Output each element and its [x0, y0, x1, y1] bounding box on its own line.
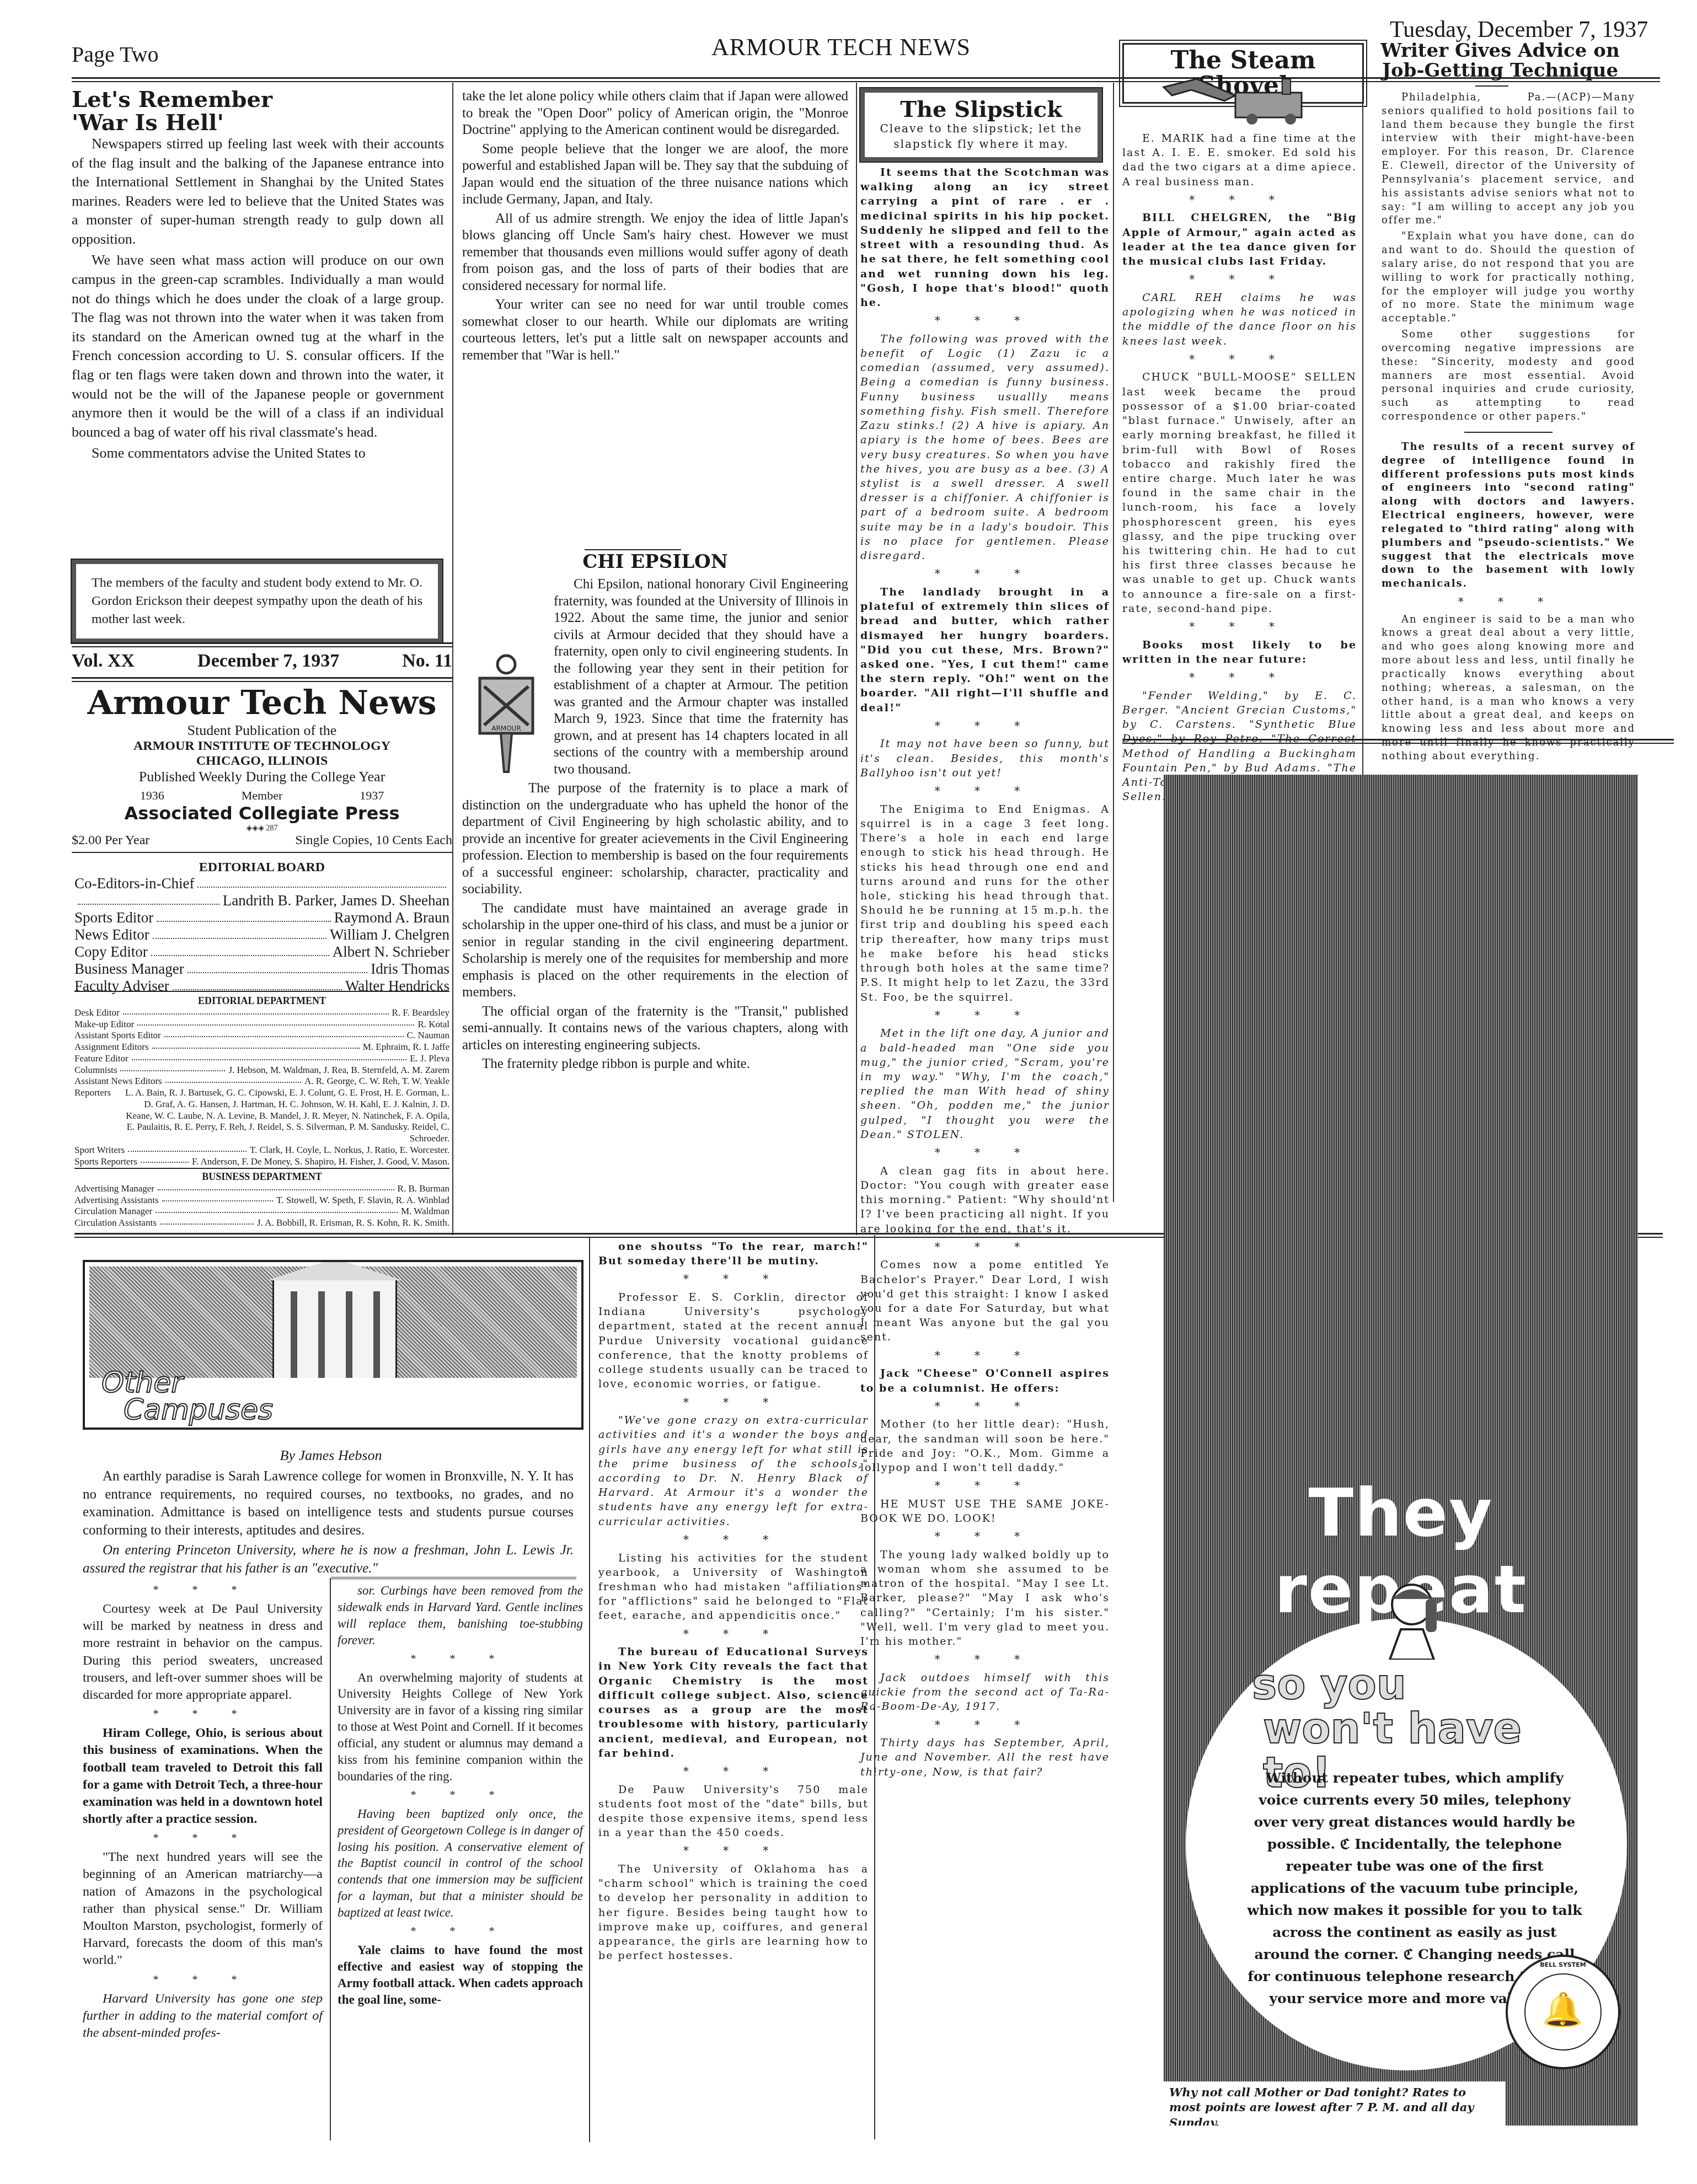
section-separator: * * *: [860, 313, 1110, 329]
section-separator: * * *: [1122, 670, 1357, 685]
staff-name: R. F. Beardsley: [392, 1007, 449, 1019]
other-campuses-col2: sor. Curbings have been removed from the…: [338, 1582, 583, 2010]
nameplate-rule: [72, 852, 452, 853]
staff-role: Sports Reporters: [74, 1156, 137, 1168]
other-campuses-byline: By James Hebson: [83, 1447, 579, 1464]
staff-role: Circulation Assistants: [74, 1217, 157, 1229]
column-item: Comes now a pome entitled Ye Bachelor's …: [860, 1258, 1110, 1344]
leader-dots: [128, 1145, 247, 1152]
leader-dots: [156, 1206, 398, 1213]
column-item: Listing his activities for the student y…: [598, 1551, 869, 1623]
nameplate: Armour Tech News Student Publication of …: [72, 684, 452, 848]
staff-row: Sport WritersT. Clark, H. Coyle, L. Nork…: [74, 1145, 449, 1156]
chi-epsilon-key-image: ARMOUR: [468, 653, 545, 775]
steam-shovel-icon: [1158, 71, 1318, 126]
staff-row: Assistant Sports EditorC. Nauman: [74, 1030, 449, 1042]
issue-date: Tuesday, December 7, 1937: [1390, 17, 1648, 43]
column-item: CHUCK "BULL-MOOSE" SELLEN last week beca…: [1122, 370, 1357, 616]
staff-name: J. Hebson, M. Waldman, J. Rea, B. Sternf…: [228, 1065, 449, 1076]
other-campuses-col1: * * * Courtesy week at De Paul Universit…: [83, 1580, 323, 2044]
leader-dots: [197, 875, 446, 888]
section-separator: * * *: [860, 1145, 1110, 1161]
staff-role: Circulation Manager: [74, 1206, 152, 1217]
editorial-continued: take the let alone policy while others c…: [462, 88, 848, 366]
staff-name: C. Nauman: [407, 1030, 449, 1042]
job-advice-headline: Writer Gives Advice on Job-Getting Techn…: [1373, 41, 1627, 81]
staff-name: L. A. Bain, R. J. Bartusek, G. C. Cipows…: [117, 1087, 449, 1145]
nameplate-title: Armour Tech News: [72, 684, 452, 722]
column-item: Jack "Cheese" O'Connell aspires to be a …: [860, 1366, 1110, 1395]
other-campuses-title: Other Campuses: [101, 1370, 273, 1424]
campus-building-icon: [272, 1279, 397, 1387]
man-on-phone-icon: [1368, 1577, 1456, 1660]
staff-row: Circulation ManagerM. Waldman: [74, 1206, 449, 1217]
leader-dots: [141, 1156, 189, 1163]
column-item: The following was proved with the benefi…: [860, 332, 1110, 564]
section-separator: * * *: [598, 1532, 869, 1548]
staff-role: Feature Editor: [74, 1053, 129, 1065]
staff-name: Landrith B. Parker, James D. Sheehan: [223, 892, 449, 909]
editorial-board-heading: EDITORIAL BOARD: [74, 860, 449, 875]
volume-date: December 7, 1937: [197, 651, 339, 672]
staff-name: T. Clark, H. Coyle, L. Norkus, J. Ratio,…: [250, 1145, 449, 1156]
column-item: De Pauw University's 750 male students f…: [598, 1783, 869, 1840]
staff-role: Desk Editor: [74, 1007, 120, 1019]
section-separator: * * *: [860, 1399, 1110, 1414]
section-separator: * * *: [860, 718, 1110, 734]
staff-row: Copy EditorAlbert N. Schrieber: [74, 943, 449, 960]
staff-role: Advertising Manager: [74, 1183, 154, 1195]
column-item: Mother (to her little dear): "Hush, dear…: [860, 1417, 1110, 1475]
section-separator: * * *: [1122, 192, 1357, 208]
leader-dots: [188, 960, 368, 973]
fraternity-key-icon: ARMOUR: [468, 653, 545, 775]
staff-role: Copy Editor: [74, 943, 148, 960]
staff-role: Columnists: [74, 1065, 117, 1076]
leader-dots: [153, 926, 326, 939]
column-divider: [856, 83, 857, 1235]
staff-name: Albert N. Schrieber: [333, 943, 449, 960]
column-item: Hiram College, Ohio, is serious about th…: [83, 1725, 323, 1828]
column-item: An overwhelming majority of students at …: [338, 1670, 583, 1785]
staff-row: Faculty AdviserWalter Hendricks: [74, 978, 449, 995]
column-item: The landlady brought in a plateful of ex…: [860, 585, 1110, 715]
section-separator: * * *: [338, 1652, 583, 1666]
staff-row: Assignment EditorsM. Ephraim, R. I. Jaff…: [74, 1042, 449, 1053]
column-item: E. MARIK had a fine time at the last A. …: [1122, 131, 1357, 189]
staff-name: Idris Thomas: [371, 960, 449, 978]
staff-name: Walter Hendricks: [345, 978, 449, 995]
column-divider: [874, 1235, 875, 2139]
column-item: Yale claims to have found the most effec…: [338, 1942, 583, 2008]
staff-row: Sports ReportersF. Anderson, F. De Money…: [74, 1156, 449, 1168]
staff-name: William J. Chelgren: [330, 926, 449, 943]
section-separator: * * *: [598, 1395, 869, 1410]
chi-epsilon-headline: CHI EPSILON: [462, 552, 848, 572]
job-advice-rule: [1464, 432, 1553, 433]
other-campuses-rule: [331, 1577, 576, 1579]
staff-role: Advertising Assistants: [74, 1195, 159, 1206]
column-item: Thirty days has September, April, June a…: [860, 1736, 1110, 1779]
column-item: CARL REH claims he was apologizing when …: [1122, 291, 1357, 348]
staff-row: Circulation AssistantsJ. A. Bobbill, R. …: [74, 1217, 449, 1229]
editorial-headline: Let's Remember 'War Is Hell': [72, 88, 444, 135]
staff-name: Raymond A. Braun: [334, 909, 449, 926]
column-item: Harvard University has gone one step fur…: [83, 1990, 323, 2042]
column-divider: [330, 1578, 331, 2140]
page-number-label: Page Two: [72, 41, 159, 67]
section-separator: * * *: [598, 1843, 869, 1859]
leader-dots: [78, 892, 220, 905]
column-item: Professor E. S. Corklin, director of Ind…: [598, 1290, 869, 1392]
column-divider: [589, 1238, 590, 2142]
acp-logo-text: Associated Collegiate Press: [72, 803, 452, 824]
staff-row: Landrith B. Parker, James D. Sheehan: [74, 892, 449, 909]
section-separator: * * *: [1122, 272, 1357, 287]
staff-row: Sports EditorRaymond A. Braun: [74, 909, 449, 926]
staff-name: R. B. Burman: [398, 1183, 449, 1195]
staff-role: Business Manager: [74, 960, 184, 978]
staff-name: T. Stowell, W. Speth, F. Slavin, R. A. W…: [276, 1195, 449, 1206]
staff-row: Make-up EditorR. Kotal: [74, 1019, 449, 1031]
staff-role: Reporters: [74, 1087, 111, 1145]
staff-name: R. Kotal: [417, 1019, 449, 1031]
staff-role: Sport Writers: [74, 1145, 125, 1156]
staff-role: Assistant News Editors: [74, 1076, 162, 1087]
column-divider: [1113, 83, 1114, 1202]
other-campuses-col3: one shoutss "To the rear, march!" But so…: [598, 1239, 869, 1966]
slipstick-column: It seems that the Scotchman was walking …: [860, 165, 1110, 1781]
section-separator: * * *: [598, 1764, 869, 1779]
section-separator: * * *: [860, 1718, 1110, 1733]
leader-dots: [160, 1217, 254, 1225]
section-separator: * * *: [860, 566, 1110, 582]
staff-role: Sports Editor: [74, 909, 153, 926]
acp-emblem: ◈◈◈ 287: [72, 824, 452, 833]
column-item: "The next hundred years will see the beg…: [83, 1849, 323, 1969]
column-item: HE MUST USE THE SAME JOKE-BOOK WE DO. LO…: [860, 1497, 1110, 1526]
column-item: sor. Curbings have been removed from the…: [338, 1582, 583, 1649]
section-separator: * * *: [1122, 619, 1357, 635]
section-separator: * * *: [598, 1271, 869, 1287]
section-separator: * * *: [860, 1008, 1110, 1023]
staff-role: Assignment Editors: [74, 1042, 149, 1053]
staff-name: F. Anderson, F. De Money, S. Shapiro, H.…: [192, 1156, 449, 1168]
steam-shovel-illustration: [1158, 71, 1318, 126]
leader-dots: [162, 1195, 274, 1202]
staff-row: Business ManagerIdris Thomas: [74, 960, 449, 978]
chi-epsilon-headline-rule: [585, 549, 681, 550]
staff-row: ReportersL. A. Bain, R. J. Bartusek, G. …: [74, 1087, 449, 1145]
column-item: The bureau of Educational Surveys in New…: [598, 1645, 869, 1761]
issue-number: No. 11: [402, 651, 452, 672]
subscription-prices: $2.00 Per Year Single Copies, 10 Cents E…: [72, 833, 452, 848]
staff-name: A. R. George, C. W. Reh, T. W. Yeakle: [304, 1076, 449, 1087]
section-separator: * * *: [83, 1973, 323, 1987]
slipstick-header-box: The Slipstick Cleave to the slipstick; l…: [860, 88, 1102, 162]
volume-number: Vol. XX: [72, 651, 135, 672]
volume-rule-bottom: [72, 677, 452, 682]
editorial-board: EDITORIAL BOARD Co-Editors-in-ChiefLandr…: [74, 860, 449, 995]
leader-dots: [173, 978, 342, 990]
slipstick-title: The Slipstick: [874, 98, 1089, 121]
leader-dots: [157, 909, 330, 922]
leader-dots: [158, 1183, 394, 1190]
editorial-paragraph: Some commentators advise the United Stat…: [72, 444, 444, 463]
leader-dots: [120, 1065, 225, 1072]
staff-row: Desk EditorR. F. Beardsley: [74, 1007, 449, 1019]
section-separator: * * *: [83, 1707, 323, 1721]
column-item: "We've gone crazy on extra-curricular ac…: [598, 1413, 869, 1529]
section-separator: * * *: [338, 1788, 583, 1802]
job-advice-headline-rule: [1475, 85, 1508, 87]
acp-member-line: 1936 Member 1937: [72, 788, 452, 803]
staff-role: Make-up Editor: [74, 1019, 134, 1031]
column-divider: [452, 83, 453, 1235]
ad-footer: Why not call Mother or Dad tonight? Rate…: [1164, 2081, 1506, 2126]
staff-row: Advertising ManagerR. B. Burman: [74, 1183, 449, 1195]
section-separator: * * *: [1122, 352, 1357, 367]
column-item: BILL CHELGREN, the "Big Apple of Armour,…: [1122, 211, 1357, 269]
leader-dots: [164, 1030, 404, 1037]
staff-row: Assistant News EditorsA. R. George, C. W…: [74, 1076, 449, 1087]
column-item: Jack outdoes himself with this quickie f…: [860, 1671, 1110, 1714]
sympathy-notice: The members of the faculty and student b…: [92, 576, 422, 626]
section-separator: * * *: [860, 1478, 1110, 1494]
volume-bar: Vol. XX December 7, 1937 No. 11: [72, 651, 452, 672]
sympathy-notice-box: The members of the faculty and student b…: [72, 560, 442, 643]
steam-shovel-column: E. MARIK had a fine time at the last A. …: [1122, 131, 1357, 807]
section-separator: * * *: [860, 784, 1110, 799]
staff-name: J. A. Bobbill, R. Erisman, R. S. Kohn, R…: [257, 1217, 449, 1229]
business-department: BUSINESS DEPARTMENT Advertising ManagerR…: [74, 1171, 449, 1229]
staff-name: E. J. Pleva: [410, 1053, 449, 1065]
dept-rule: [74, 1168, 449, 1169]
editorial-paragraph: Newspapers stirred up feeling last week …: [72, 135, 444, 249]
staff-role: Faculty Adviser: [74, 978, 169, 995]
section-separator: * * *: [860, 1529, 1110, 1544]
column-item: Met in the lift one day, A junior and a …: [860, 1026, 1110, 1142]
column-item: It seems that the Scotchman was walking …: [860, 165, 1110, 310]
svg-text:ARMOUR: ARMOUR: [491, 725, 521, 732]
column-item: Books most likely to be written in the n…: [1122, 638, 1357, 667]
editorial-paragraph: We have seen what mass action will produ…: [72, 251, 444, 442]
column-item: The Enigima to End Enigmas. A squirrel i…: [860, 802, 1110, 1005]
staff-role: Co-Editors-in-Chief: [74, 875, 194, 892]
staff-name: M. Ephraim, R. I. Jaffe: [363, 1042, 449, 1053]
section-separator: * * *: [338, 1924, 583, 1939]
section-separator: * * *: [860, 1348, 1110, 1364]
staff-row: Co-Editors-in-Chief: [74, 875, 449, 892]
leader-dots: [165, 1076, 301, 1083]
leader-dots: [132, 1053, 407, 1060]
staff-role: News Editor: [74, 926, 149, 943]
column-item: Having been baptized only once, the pres…: [338, 1806, 583, 1921]
column-item: The University of Oklahoma has a "charm …: [598, 1862, 869, 1963]
leader-dots: [123, 1007, 389, 1015]
paper-title: ARMOUR TECH NEWS: [711, 33, 971, 61]
staff-row: ColumnistsJ. Hebson, M. Waldman, J. Rea,…: [74, 1065, 449, 1076]
business-department-heading: BUSINESS DEPARTMENT: [74, 1171, 449, 1183]
staff-name: M. Waldman: [401, 1206, 449, 1217]
leader-dots: [137, 1019, 414, 1026]
editorial-article: Let's Remember 'War Is Hell' Newspapers …: [72, 88, 444, 465]
column-item: Courtesy week at De Paul University will…: [83, 1601, 323, 1704]
survey-paragraph: The results of a recent survey of degree…: [1382, 441, 1635, 591]
section-separator: * * *: [860, 1652, 1110, 1667]
other-campuses-banner: Other Campuses: [83, 1260, 583, 1430]
staff-role: Assistant Sports Editor: [74, 1030, 161, 1042]
chi-epsilon-article: ARMOUR Chi Epsilon, national honorary Ci…: [462, 576, 848, 1075]
column-item: A clean gag fits in about here. Doctor: …: [860, 1164, 1110, 1236]
board-rule: [74, 991, 449, 992]
other-campuses-lead: An earthly paradise is Sarah Lawrence co…: [83, 1468, 574, 1580]
bell-icon: 🔔: [1508, 1990, 1618, 2029]
engineer-definition-paragraph: An engineer is said to be a man who know…: [1382, 613, 1635, 764]
section-separator: * * *: [860, 1239, 1110, 1255]
column-item: one shoutss "To the rear, march!" But so…: [598, 1239, 869, 1268]
editorial-department-heading: EDITORIAL DEPARTMENT: [74, 995, 449, 1007]
volume-rule-top: [72, 642, 452, 647]
column-divider: [1362, 83, 1363, 816]
section-separator: * * *: [598, 1627, 869, 1642]
editorial-department: EDITORIAL DEPARTMENT Desk EditorR. F. Be…: [74, 995, 449, 1167]
section-separator: * * *: [83, 1831, 323, 1845]
column-item: The young lady walked boldly up to a wom…: [860, 1548, 1110, 1649]
slipstick-motto: Cleave to the slipstick; let the slapsti…: [874, 121, 1089, 152]
job-advice-article: Philadelphia, Pa.—(ACP)—Many seniors qua…: [1382, 91, 1635, 766]
staff-row: News EditorWilliam J. Chelgren: [74, 926, 449, 943]
telephone-advertisement: They repeat so you won't have to! Withou…: [1164, 775, 1638, 2126]
bell-system-seal: 🔔 BELL SYSTEM: [1506, 1955, 1620, 2069]
leader-dots: [151, 943, 329, 956]
column-item: It may not have been so funny, but it's …: [860, 737, 1110, 780]
leader-dots: [152, 1042, 360, 1049]
staff-row: Feature EditorE. J. Pleva: [74, 1053, 449, 1065]
staff-row: Advertising AssistantsT. Stowell, W. Spe…: [74, 1195, 449, 1206]
